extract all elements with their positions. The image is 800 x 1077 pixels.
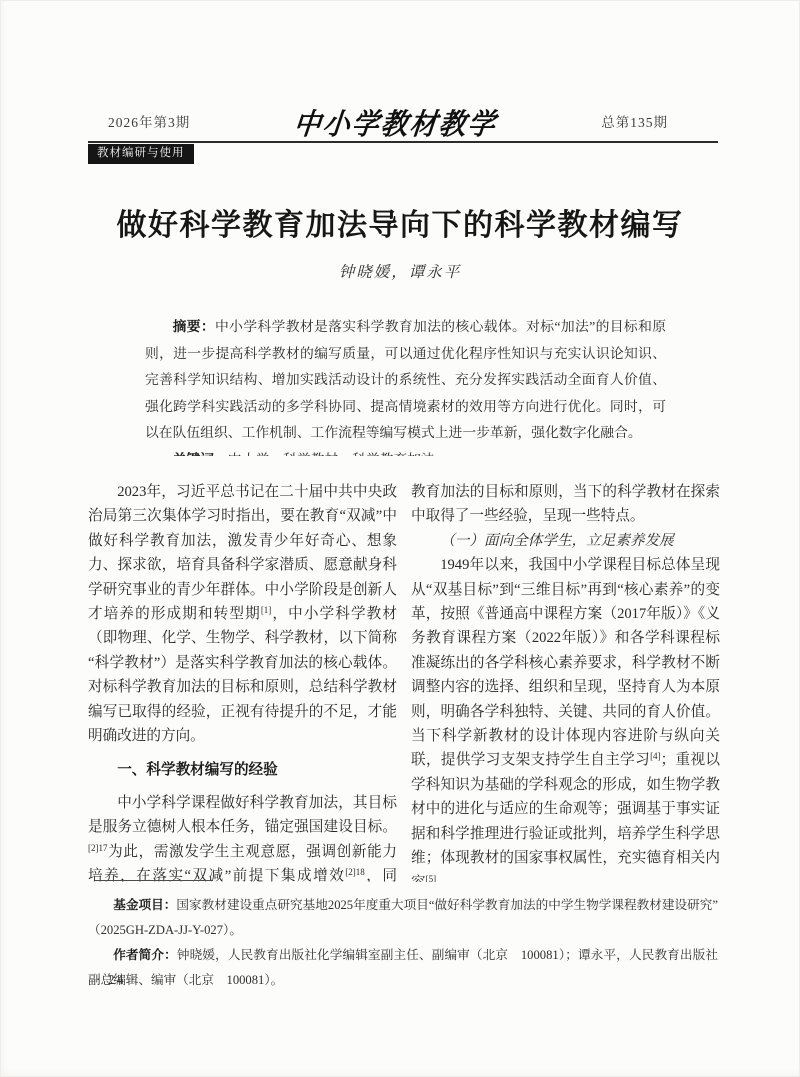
journal-logo: 中小学教材教学: [292, 100, 499, 142]
footer-block: 基金项目：国家教材建设重点研究基地2025年度重大项目“做好科学教育加法的中学生…: [88, 880, 718, 993]
section-heading: 一、科学教材编写的经验: [88, 758, 397, 782]
abstract-paragraph: 摘要：中小学科学教材是落实科学教育加法的核心载体。对标“加法”的目标和原则，进一…: [145, 314, 666, 447]
paragraph: 2023年，习近平总书记在二十届中共中央政治局第三次集体学习时指出，要在教育“双…: [88, 480, 397, 748]
paragraph: 教育加法的目标和原则，当下的科学教材在探索中取得了一些经验，呈现一些特点。: [411, 480, 720, 529]
issue-number-left: 2026年第3期: [108, 111, 190, 131]
fund-note: 基金项目：国家教材建设重点研究基地2025年度重大项目“做好科学教育加法的中学生…: [88, 893, 718, 943]
author-text: 钟晓媛，人民教育出版社化学编辑室副主任、副编审（北京 100081）；谭永平，人…: [88, 948, 718, 987]
abstract-block: 摘要：中小学科学教材是落实科学教育加法的核心载体。对标“加法”的目标和原则，进一…: [145, 314, 666, 456]
subsection-heading: （一）面向全体学生，立足素养发展: [411, 529, 720, 553]
footnote-divider: [95, 880, 213, 881]
left-column: 2023年，习近平总书记在二十届中共中央政治局第三次集体学习时指出，要在教育“双…: [88, 480, 397, 882]
journal-page: 2026年第3期 中小学教材教学 总第135期 教材编研与使用 做好科学教育加法…: [0, 0, 800, 1077]
body-columns: 2023年，习近平总书记在二十届中共中央政治局第三次集体学习时指出，要在教育“双…: [88, 480, 720, 882]
issue-number-right: 总第135期: [601, 111, 668, 131]
paragraph: 中小学科学课程做好科学教育加法，其目标是服务立德树人根本任务，锚定强国建设目标。…: [88, 791, 397, 882]
article-authors: 钟晓媛，谭永平: [0, 260, 800, 282]
abstract-label: 摘要：: [173, 319, 215, 334]
page-header: 2026年第3期 中小学教材教学 总第135期 教材编研与使用: [88, 0, 718, 164]
keywords-label: 关键词：: [173, 452, 228, 457]
page-number: · 24 ·: [96, 972, 137, 988]
header-row: 2026年第3期 中小学教材教学 总第135期: [88, 0, 718, 138]
paragraph: 1949年以来，我国中小学课程目标总体呈现从“双基目标”到“三维目标”再到“核心…: [411, 553, 720, 882]
abstract-text: 中小学科学教材是落实科学教育加法的核心载体。对标“加法”的目标和原则，进一步提高…: [145, 319, 666, 440]
article-title: 做好科学教育加法导向下的科学教材编写: [0, 200, 800, 244]
author-label: 作者简介：: [113, 948, 177, 962]
fund-label: 基金项目：: [113, 898, 176, 912]
keywords-line: 关键词：中小学；科学教材；科学教育加法: [145, 447, 666, 457]
fund-text: 国家教材建设重点研究基地2025年度重大项目“做好科学教育加法的中学生物学课程教…: [88, 898, 718, 937]
column-tag: 教材编研与使用: [88, 144, 194, 164]
keywords-text: 中小学；科学教材；科学教育加法: [228, 452, 435, 457]
right-column: 教育加法的目标和原则，当下的科学教材在探索中取得了一些经验，呈现一些特点。 （一…: [411, 480, 720, 882]
author-note: 作者简介：钟晓媛，人民教育出版社化学编辑室副主任、副编审（北京 100081）；…: [88, 943, 718, 993]
